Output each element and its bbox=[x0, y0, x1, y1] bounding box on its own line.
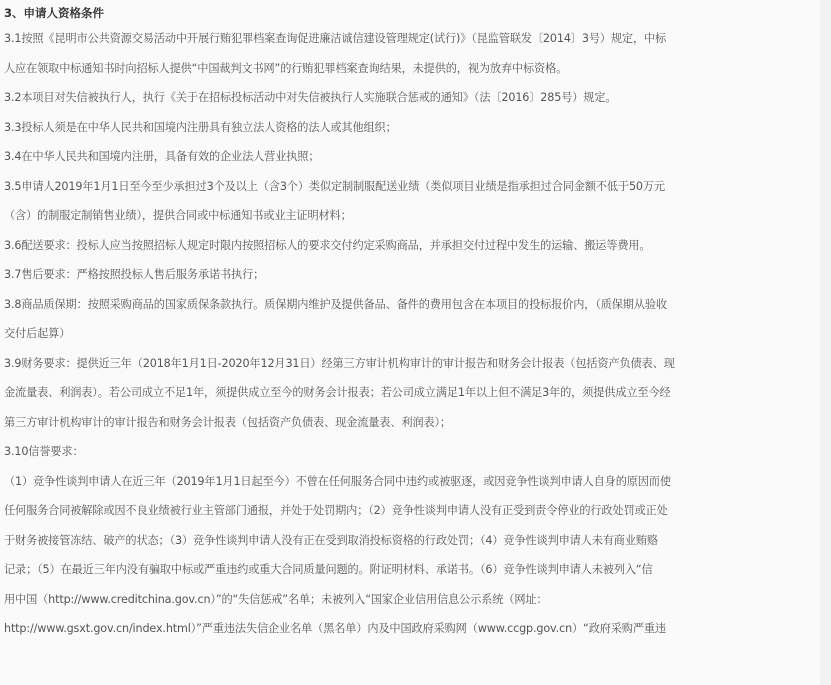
text-line-3-9b: 金流量表、利润表）。若公司成立不足1年，须提供成立至今的财务会计报表；若公司成立… bbox=[4, 378, 818, 408]
text-line-3-4: 3.4在中华人民共和国境内注册，具备有效的企业法人营业执照； bbox=[4, 142, 818, 172]
section-heading: 3、申请人资格条件 bbox=[4, 2, 818, 24]
text-line-3-10-5: http://www.gsxt.gov.cn/index.html）”严重违法失… bbox=[4, 614, 818, 644]
text-line-3-5a: 3.5申请人2019年1月1日至今至少承担过3个及以上（含3个）类似定制制服配送… bbox=[4, 172, 818, 202]
text-line-3-8a: 3.8商品质保期：按照采购商品的国家质保条款执行。质保期内维护及提供备品、备件的… bbox=[4, 290, 818, 320]
text-line-3-1b: 人应在领取中标通知书时向招标人提供“中国裁判文书网”的行贿犯罪档案查询结果，未提… bbox=[4, 54, 818, 84]
text-line-3-10-1a: （1）竞争性谈判申请人在近三年（2019年1月1日起至今）不曾在任何服务合同中违… bbox=[4, 467, 818, 497]
text-line-3-10: 3.10信誉要求： bbox=[4, 437, 818, 467]
text-line-3-10-2: 于财务被接管冻结、破产的状态；（3）竞争性谈判申请人没有正在受到取消投标资格的行… bbox=[4, 526, 818, 556]
text-line-3-10-4: 用中国（http://www.creditchina.gov.cn）”的“失信惩… bbox=[4, 585, 818, 615]
text-line-3-8b: 交付后起算） bbox=[4, 319, 818, 349]
document-body: 3、申请人资格条件 3.1按照《昆明市公共资源交易活动中开展行贿犯罪档案查询促进… bbox=[0, 0, 818, 644]
text-line-3-2: 3.2本项目对失信被执行人，执行《关于在招标投标活动中对失信被执行人实施联合惩戒… bbox=[4, 83, 818, 113]
text-line-3-3: 3.3投标人须是在中华人民共和国境内注册具有独立法人资格的法人或其他组织； bbox=[4, 113, 818, 143]
text-line-3-5b: （含）的制服定制销售业绩），提供合同或中标通知书或业主证明材料； bbox=[4, 201, 818, 231]
text-line-3-10-3: 记录；（5）在最近三年内没有骗取中标或严重违约或重大合同质量问题的。附证明材料、… bbox=[4, 555, 818, 585]
text-line-3-1a: 3.1按照《昆明市公共资源交易活动中开展行贿犯罪档案查询促进廉洁诚信建设管理规定… bbox=[4, 24, 818, 54]
text-line-3-6: 3.6配送要求：投标人应当按照招标人规定时限内按照招标人的要求交付约定采购商品，… bbox=[4, 231, 818, 261]
text-line-3-9a: 3.9财务要求：提供近三年（2018年1月1日-2020年12月31日）经第三方… bbox=[4, 349, 818, 379]
text-line-3-7: 3.7售后要求：严格按照投标人售后服务承诺书执行； bbox=[4, 260, 818, 290]
text-line-3-10-1b: 任何服务合同被解除或因不良业绩被行业主管部门通报，并处于处罚期内；（2）竞争性谈… bbox=[4, 496, 818, 526]
scrollbar-track[interactable] bbox=[820, 0, 831, 685]
text-line-3-9c: 第三方审计机构审计的审计报告和财务会计报表（包括资产负债表、现金流量表、利润表）… bbox=[4, 408, 818, 438]
